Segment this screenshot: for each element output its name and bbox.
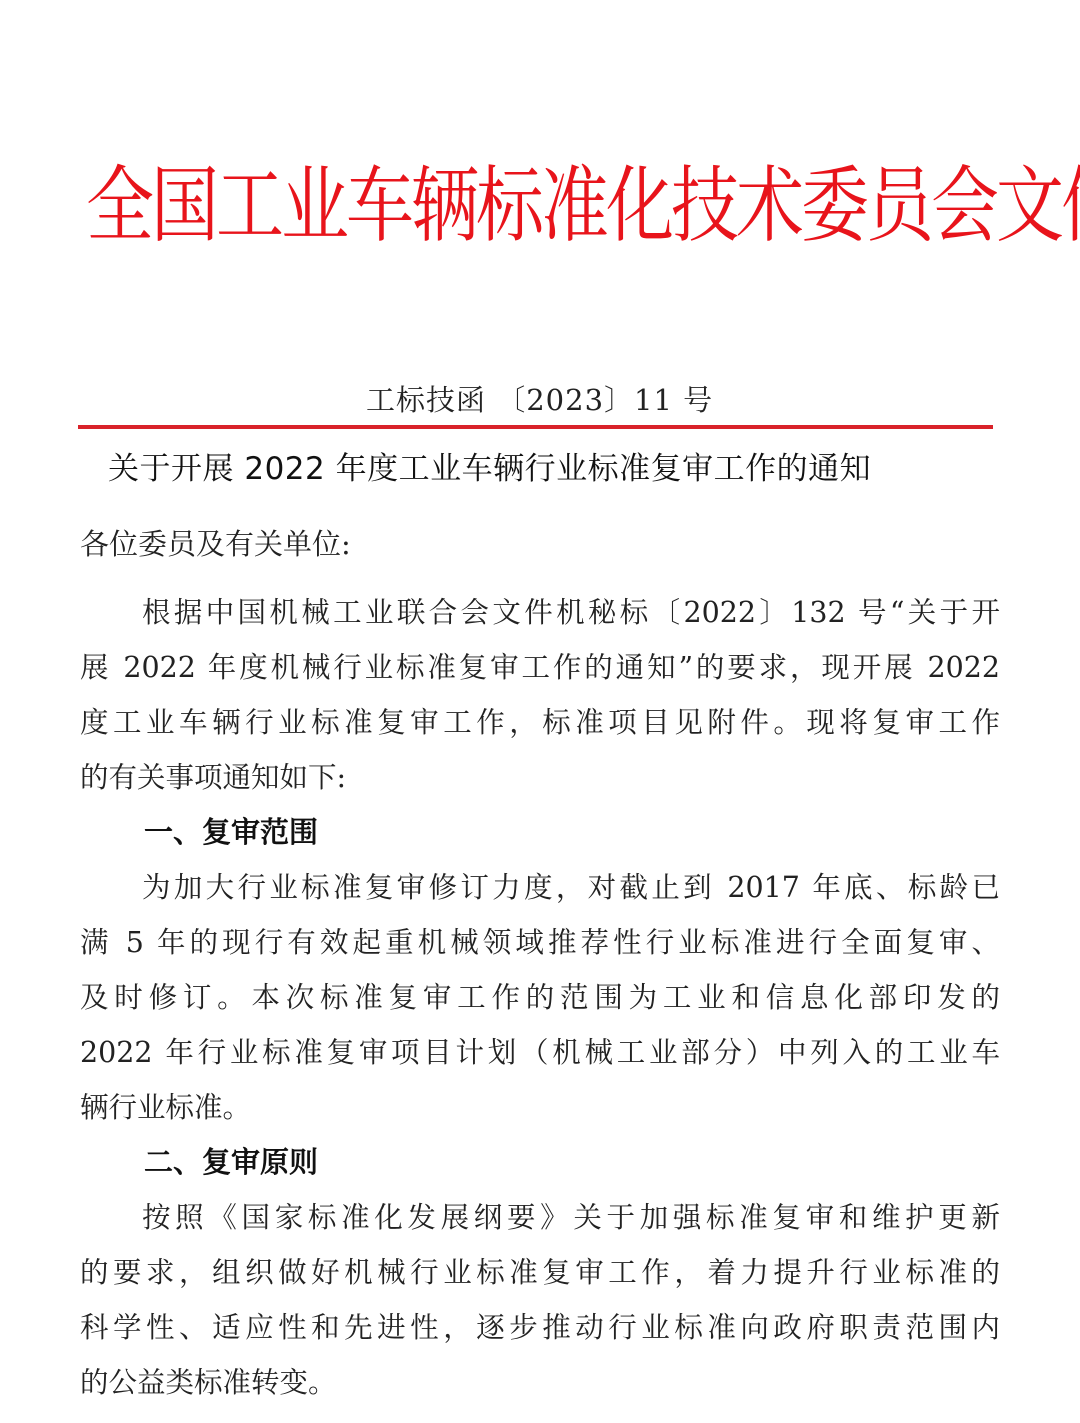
paragraph-line: 满 5 年的现行有效起重机械领域推荐性行业标准进行全面复审、: [80, 915, 1000, 970]
paragraph-line: 为加大行业标准复审修订力度，对截止到 2017 年底、标龄已: [80, 860, 1000, 915]
paragraph-line: 科学性、适应性和先进性，逐步推动行业标准向政府职责范围内: [80, 1300, 1000, 1355]
paragraph-line: 根据中国机械工业联合会文件机秘标〔2022〕132 号“关于开: [80, 585, 1000, 640]
document-page: 全国工业车辆标准化技术委员会文件 工标技函 〔2023〕11 号 关于开展 20…: [0, 0, 1080, 1423]
section-heading-principles: 二、复审原则: [144, 1140, 318, 1184]
paragraph-line: 度工业车辆行业标准复审工作，标准项目见附件。现将复审工作: [80, 695, 1000, 750]
paragraph-line: 辆行业标准。: [80, 1080, 1000, 1135]
paragraph-line: 的要求，组织做好机械行业标准复审工作，着力提升行业标准的: [80, 1245, 1000, 1300]
salutation: 各位委员及有关单位:: [80, 522, 351, 566]
masthead-title: 全国工业车辆标准化技术委员会文件: [86, 140, 966, 274]
paragraph-line: 按照《国家标准化发展纲要》关于加强标准复审和维护更新: [80, 1190, 1000, 1245]
section-heading-scope: 一、复审范围: [144, 810, 318, 854]
notice-title: 关于开展 2022 年度工业车辆行业标准复审工作的通知: [108, 446, 988, 492]
paragraph-line: 展 2022 年度机械行业标准复审工作的通知”的要求，现开展 2022: [80, 640, 1000, 695]
red-divider-line: [78, 425, 993, 429]
paragraph-line: 2022 年行业标准复审项目计划（机械工业部分）中列入的工业车: [80, 1025, 1000, 1080]
paragraph-line: 的公益类标准转变。: [80, 1355, 1000, 1410]
intro-paragraph: 根据中国机械工业联合会文件机秘标〔2022〕132 号“关于开 展 2022 年…: [80, 585, 1000, 805]
section-scope-paragraph: 为加大行业标准复审修订力度，对截止到 2017 年底、标龄已 满 5 年的现行有…: [80, 860, 1000, 1135]
paragraph-line: 的有关事项通知如下:: [80, 750, 1000, 805]
section-principles-paragraph: 按照《国家标准化发展纲要》关于加强标准复审和维护更新 的要求，组织做好机械行业标…: [80, 1190, 1000, 1410]
document-number: 工标技函 〔2023〕11 号: [366, 380, 713, 420]
paragraph-line: 及时修订。本次标准复审工作的范围为工业和信息化部印发的: [80, 970, 1000, 1025]
